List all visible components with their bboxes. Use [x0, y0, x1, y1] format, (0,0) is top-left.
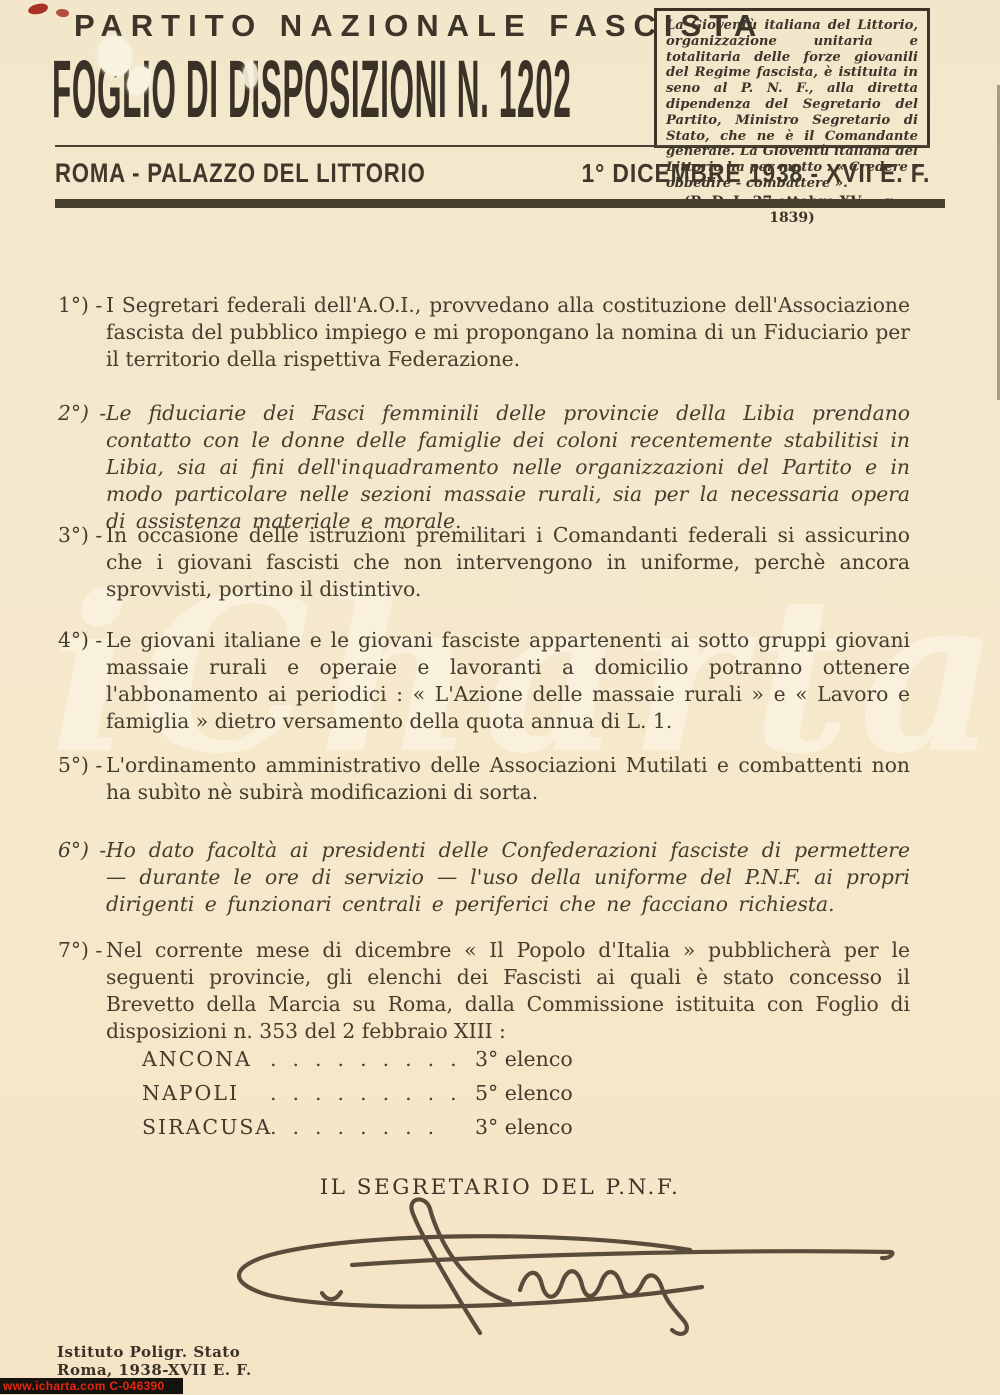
header-thick-rule [55, 199, 945, 208]
printer-imprint: Istituto Poligr. Stato Roma, 1938-XVII E… [57, 1344, 252, 1379]
archive-watermark-label: www.icharta.com C-046390 [3, 1379, 165, 1393]
header-thin-rule [55, 145, 930, 147]
directive-item-5: 5°) - L'ordinamento amministrativo delle… [58, 752, 910, 806]
printer-imprint-line2: Roma, 1938-XVII E. F. [57, 1362, 252, 1380]
directive-number: 1°) - [58, 292, 106, 373]
place-line: ROMA - PALAZZO DEL LITTORIO [55, 158, 426, 189]
elenco-table: ANCONA ......... 3° elenco NAPOLI ......… [142, 1047, 702, 1149]
paper-damage-spot [98, 36, 132, 76]
dot-leader: ........ [270, 1115, 475, 1139]
dot-leader: ......... [270, 1047, 475, 1071]
directive-item-1: 1°) - I Segretari federali dell'A.O.I., … [58, 292, 910, 373]
province-name: SIRACUSA [142, 1115, 270, 1139]
province-name: NAPOLI [142, 1081, 270, 1105]
directive-text: Le giovani italiane e le giovani fascist… [106, 627, 910, 735]
dot-leader: ......... [270, 1081, 475, 1105]
elenco-value: 3° elenco [475, 1115, 702, 1139]
directive-text: I Segretari federali dell'A.O.I., provve… [106, 292, 910, 373]
signature-autograph [90, 1195, 900, 1345]
directive-number: 4°) - [58, 627, 106, 735]
directive-number: 5°) - [58, 752, 106, 806]
directive-item-4: 4°) - Le giovani italiane e le giovani f… [58, 627, 910, 735]
directive-item-6: 6°) - Ho dato facoltà ai presidenti dell… [58, 837, 910, 918]
directive-text: Le fiduciarie dei Fasci femminili delle … [106, 400, 910, 535]
paper-damage-spot [243, 62, 258, 88]
directive-item-2: 2°) - Le fiduciarie dei Fasci femminili … [58, 400, 910, 535]
gil-info-box: La Gioventù italiana del Littorio, organ… [654, 8, 930, 148]
date-line: 1° DICEMBRE 1938 - XVII E. F. [581, 158, 930, 189]
red-ink-mark [55, 8, 69, 19]
directive-text: In occasione delle istruzioni premilitar… [106, 522, 910, 603]
elenco-row-ancona: ANCONA ......... 3° elenco [142, 1047, 702, 1081]
directive-text: Nel corrente mese di dicembre « Il Popol… [106, 937, 910, 1045]
elenco-value: 5° elenco [475, 1081, 702, 1105]
directive-item-7: 7°) - Nel corrente mese di dicembre « Il… [58, 937, 910, 1045]
document-page: iCharta PARTITO NAZIONALE FASCISTA FOGLI… [0, 0, 1000, 1395]
printer-imprint-line1: Istituto Poligr. Stato [57, 1344, 252, 1362]
directive-number: 7°) - [58, 937, 106, 1045]
elenco-row-siracusa: SIRACUSA ........ 3° elenco [142, 1115, 702, 1149]
directive-number: 3°) - [58, 522, 106, 603]
province-name: ANCONA [142, 1047, 270, 1071]
elenco-row-napoli: NAPOLI ......... 5° elenco [142, 1081, 702, 1115]
elenco-value: 3° elenco [475, 1047, 702, 1071]
archive-watermark-bar: www.icharta.com C-046390 [0, 1378, 183, 1394]
red-ink-mark [27, 3, 48, 16]
directive-text: Ho dato facoltà ai presidenti delle Conf… [106, 837, 910, 918]
directive-text: L'ordinamento amministrativo delle Assoc… [106, 752, 910, 806]
directive-number: 6°) - [58, 837, 106, 918]
directive-item-3: 3°) - In occasione delle istruzioni prem… [58, 522, 910, 603]
directive-number: 2°) - [58, 400, 106, 535]
